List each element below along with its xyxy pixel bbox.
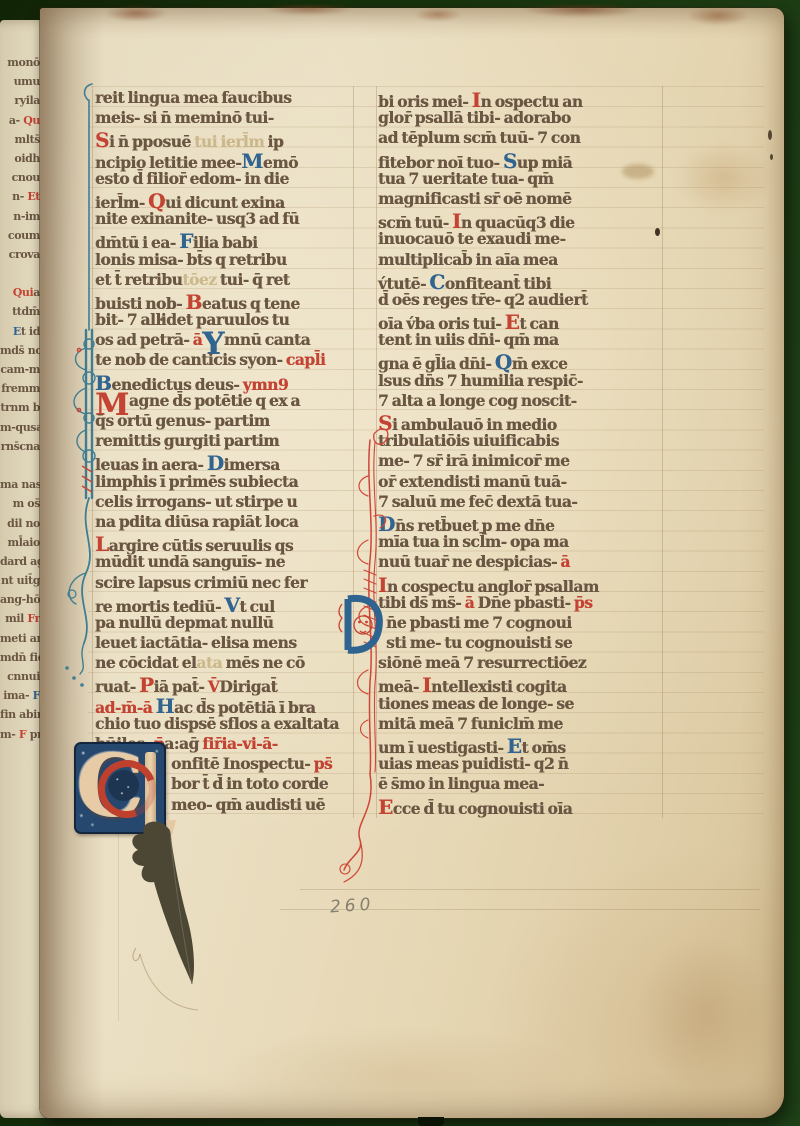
manuscript-line: re mortis tediū- Vt cul (95, 593, 357, 613)
text-segment: limphis ī primēs subiecta (95, 472, 298, 491)
manuscript-line: coum (0, 229, 40, 248)
manuscript-line: m os̄ (0, 497, 40, 516)
manuscript-line: Largire cūtis seruulis qs (95, 532, 357, 552)
text-segment: bit- 7 allidet paruulos tu (95, 310, 289, 329)
text-segment: m- (0, 728, 19, 741)
manuscript-line: umu (0, 75, 40, 94)
manuscript-line: ierl̄m- Qui dicunt exina (95, 189, 357, 209)
edge-speck-2 (770, 154, 773, 160)
manuscript-line (0, 267, 40, 286)
manuscript-line: dard ag (0, 555, 40, 574)
text-segment: ad tēplum scm̄ tuū- 7 con (378, 128, 580, 147)
text-segment: leuet iactātia- elisa mens (95, 633, 297, 652)
text-segment: lsus dn̄s 7 humilia respic̄- (378, 371, 583, 390)
manuscript-line: mds̄ no (0, 344, 40, 363)
text-segment: nt uit̄g (1, 574, 40, 587)
text-segment: fin abin (0, 708, 40, 721)
text-segment: mēs ne cō (222, 653, 305, 672)
text-segment: Et (27, 190, 40, 203)
manuscript-line: cam-m (0, 363, 40, 382)
text-segment: magnificasti sr̄ oē nomē (378, 189, 571, 208)
text-segment: cnou (12, 171, 40, 184)
manuscript-line: remittis gurgiti partim (95, 431, 357, 451)
manuscript-line: cnou (0, 171, 40, 190)
manuscript-line: lsus dn̄s 7 humilia respic̄- (378, 371, 674, 391)
manuscript-line: scire lapsus crimiū nec fer (95, 573, 357, 593)
manuscript-line: Quia (0, 286, 40, 305)
text-segment: tōez (182, 270, 216, 289)
text-segment: meti an (0, 632, 40, 645)
manuscript-line: Magne d̄s potētie q ex a (95, 391, 357, 411)
manuscript-line: nite exinanite- usq3 ad fū (95, 209, 357, 229)
manuscript-line (0, 459, 40, 478)
manuscript-line: mdn̄ fiet (0, 651, 40, 670)
manuscript-line: or̄ extendisti manū tuā- (378, 472, 674, 492)
text-segment: a:aḡ (164, 734, 202, 753)
text-segment: Qu (23, 114, 40, 127)
manuscript-line: te nob de canticis syon- capl̄i (95, 350, 357, 370)
text-segment: F (33, 689, 40, 702)
text-segment: glor̄ psallā tibi- adorabo (378, 108, 571, 127)
manuscript-line: nt uit̄g (0, 574, 40, 593)
bottom-stain (220, 1028, 580, 1118)
text-segment: te nob de canticis syon- (95, 350, 286, 369)
manuscript-line: Et id (0, 325, 40, 344)
manuscript-line: ē s̄mo in lingua mea- (378, 774, 674, 794)
text-segment: dard ag (0, 555, 40, 568)
text-segment: dil no (7, 517, 40, 530)
manuscript-line: limphis ī primēs subiecta (95, 472, 357, 492)
text-segment: Dn̄e pbasti- (478, 593, 574, 612)
manuscript-line: fin abin (0, 708, 40, 727)
text-segment: Qui (13, 286, 34, 299)
text-segment: nite exinanite- usq3 ad fū (95, 209, 299, 228)
text-segment: pa nullū depmat nullū (95, 613, 273, 632)
manuscript-line: ttdm̄ (0, 305, 40, 324)
text-segment: onfitē Inospectu- (171, 754, 314, 773)
manuscript-line: ad-m̄-ā Hac d̄s potētiā ī bra (95, 694, 357, 714)
text-segment: remittis gurgiti partim (95, 431, 279, 450)
text-segment: E (13, 325, 21, 338)
text-segment: a- (9, 114, 23, 127)
manuscript-line: cnnui (0, 670, 40, 689)
manuscript-line: ncipio letitie mee-Memō (95, 149, 357, 169)
text-segment: t id (21, 325, 40, 338)
manuscript-line: leuas in aera- Dimersa (95, 451, 357, 471)
initial-blue-core (108, 770, 139, 801)
text-segment: mūdit undā sanguīs- ne (95, 552, 285, 571)
text-segment: pr (26, 728, 40, 741)
text-segment: cam-m (0, 363, 40, 376)
text-segment: monō (7, 56, 40, 69)
text-segment: mds̄ no (0, 344, 40, 357)
text-segment: ā (560, 552, 570, 571)
manuscript-line: et t̄ retributōez tui- q̄ ret (95, 270, 357, 290)
manuscript-line: esto d̄ filior̄ edom- in die (95, 169, 357, 189)
manuscript-line: n- Et (0, 190, 40, 209)
text-segment: esto d̄ filior̄ edom- in die (95, 169, 289, 188)
text-segment: p̄s (574, 593, 593, 612)
manuscript-line: ma nas (0, 478, 40, 497)
text-segment: n-im (13, 210, 40, 223)
manuscript-line: tribulatiōis uiuificabis (378, 431, 674, 451)
manuscript-line: magnificasti sr̄ oē nomē (378, 189, 674, 209)
text-segment: crova (9, 248, 40, 261)
manuscript-line: pa nullū depmat nullū (95, 613, 357, 633)
text-segment: tui ierl̄m (191, 132, 268, 151)
text-segment: mnū canta (224, 330, 310, 349)
manuscript-line: trnm b (0, 401, 40, 420)
manuscript-line: leuet iactātia- elisa mens (95, 633, 357, 653)
manuscript-line: a- Qu (0, 114, 40, 133)
text-segment: multiplicab̄ in aīa mea (378, 250, 558, 269)
manuscript-line: dil no (0, 517, 40, 536)
text-segment: umu (14, 75, 40, 88)
text-segment: reit lingua mea faucibus (95, 88, 291, 107)
manuscript-line: monō (0, 56, 40, 75)
lower-right-foxing (640, 938, 770, 1088)
manuscript-line: celis irrogans- ut stirpe u (95, 492, 357, 512)
manuscript-line: ryila (0, 94, 40, 113)
text-segment: meis- si n̄ meminō tui- (95, 108, 274, 127)
text-segment: ang-hō (0, 593, 40, 606)
manuscript-line: gna ē gl̄ia dn̄i- Qm̄ exce (378, 350, 674, 370)
manuscript-line: me- 7 sr̄ irā inimicor̄ me (378, 451, 674, 471)
manuscript-line: na pdita diūsa rapiāt loca (95, 512, 357, 532)
edge-speck-1 (768, 130, 772, 140)
manuscript-line: In cospectu anglor̄ psallam (378, 573, 674, 593)
binding-tab (418, 1117, 444, 1126)
manuscript-line: mil Fr (0, 612, 40, 631)
manuscript-line: 7 alta a longe cog noscit- (378, 391, 674, 411)
text-segment: chio tuo dispsē sflos a exaltata (95, 714, 339, 733)
manuscript-line: glor̄ psallā tibi- adorabo (378, 108, 674, 128)
tiny-speck (160, 318, 163, 321)
manuscript-line: um ī uestigasti- Et om̄s (378, 734, 674, 754)
text-segment: a (33, 286, 40, 299)
text-segment: fremm (1, 382, 40, 395)
pencil-folio-number: 260 (329, 894, 375, 917)
manuscript-line: sti me- tu cognouisti se (378, 633, 674, 653)
blue-d-initial: D (338, 592, 384, 660)
text-segment: celis irrogans- ut stirpe u (95, 492, 297, 511)
manuscript-page: reit lingua mea faucibusmeis- si n̄ memi… (40, 8, 784, 1118)
manuscript-line: Ecce d̄ tu cognouisti oīa (378, 795, 674, 815)
manuscript-line: Dn̄s retb̄uet p me dn̄e (378, 512, 674, 532)
manuscript-line: tiones meas de longe- se (378, 694, 674, 714)
manuscript-line: tent in uiis dn̄i- qm̄ ma (378, 330, 674, 350)
manuscript-line: os ad petrā- āYmnū canta (95, 330, 357, 350)
text-segment: cce d̄ tu cognouisti oīa (393, 799, 573, 818)
text-segment: mlts̄ (15, 133, 41, 146)
text-segment: q̄s ortū genus- partim (95, 411, 270, 430)
manuscript-line: meā- Intellexisti cogita (378, 673, 674, 693)
manuscript-line: oidh (0, 152, 40, 171)
text-segment: ā (193, 330, 203, 349)
manuscript-line: chio tuo dispsē sflos a exaltata (95, 714, 357, 734)
text-segment: oidh (14, 152, 40, 165)
text-segment: ā (465, 593, 478, 612)
manuscript-line: Benedictus deus- ymn9 (95, 371, 357, 391)
manuscript-line: ad tēplum scm̄ tuū- 7 con (378, 128, 674, 148)
manuscript-line: scm̄ tuū- In quacūq3 die (378, 209, 674, 229)
manuscript-line: v́tutē- Confiteant̄ tibi (378, 270, 674, 290)
manuscript-line: meis- si n̄ meminō tui- (95, 108, 357, 128)
small-stain (622, 164, 654, 179)
text-segment: n̄e pbasti me 7 cognoui (386, 613, 572, 632)
manuscript-line: d̄ oēs reges tr̄e- q2 audiert̄ (378, 290, 674, 310)
manuscript-line: bit- 7 allidet paruulos tu (95, 310, 357, 330)
text-segment: capl̄i (286, 350, 326, 369)
text-segment: scire lapsus crimiū nec fer (95, 573, 307, 592)
ink-speck (655, 228, 660, 236)
manuscript-line: mlts̄ (0, 133, 40, 152)
manuscript-line: Si n̄ pposuē tui ierl̄m ip (95, 128, 357, 148)
text-segment: ima- (3, 689, 32, 702)
manuscript-line: q̄s ortū genus- partim (95, 411, 357, 431)
manuscript-line: fremm (0, 382, 40, 401)
text-segment: meo- qm̄ audisti uē (171, 795, 325, 814)
text-segment: n- (12, 190, 27, 203)
text-segment: tui- q̄ ret (217, 270, 290, 289)
manuscript-line: inuocauō te exaudi me- (378, 229, 674, 249)
manuscript-line: m-qusa (0, 421, 40, 440)
text-segment: tent in uiis dn̄i- qm̄ ma (378, 330, 558, 349)
text-segment: rns̄cna (1, 440, 40, 453)
text-segment: 7 alta a longe cog noscit- (378, 391, 577, 410)
text-segment: trnm b (0, 401, 40, 414)
manuscript-line: siōnē meā 7 resurrectiōez (378, 653, 674, 673)
manuscript-line: rns̄cna (0, 440, 40, 459)
text-segment: mil (5, 612, 27, 625)
manuscript-line: crova (0, 248, 40, 267)
manuscript-line: mīa tua in scl̄m- opa ma (378, 532, 674, 552)
upper-right-stain (676, 142, 772, 214)
manuscript-photograph: { "page": { "pencil_folio_number": "260"… (0, 0, 800, 1126)
text-segment: na pdita diūsa rapiāt loca (95, 512, 298, 531)
text-segment: cnnui (7, 670, 40, 683)
text-segment: m os̄ (13, 497, 40, 510)
manuscript-line: ruat- Piā pat̄- V̄Dirigat̄ (95, 673, 357, 693)
manuscript-line: bi oris mei- In ospectu an (378, 88, 674, 108)
text-segment: d̄ oēs reges tr̄e- q2 audiert̄ (378, 290, 588, 309)
top-edge-stains (50, 5, 768, 37)
text-segment: ma nas (0, 478, 40, 491)
text-segment: ml̄aio (8, 536, 40, 549)
text-column-left: reit lingua mea faucibusmeis- si n̄ memi… (95, 88, 357, 815)
text-segment: ttdm̄ (12, 305, 40, 318)
manuscript-line: Si ambulauō in medio (378, 411, 674, 431)
manuscript-line: ml̄aio (0, 536, 40, 555)
blue-cadel-flourish (54, 78, 118, 698)
manuscript-line: 7 saluū me fec̄ dextā tua- (378, 492, 674, 512)
manuscript-line: meti an (0, 632, 40, 651)
manuscript-line: ne cōcidat elata mēs ne cō (95, 653, 357, 673)
manuscript-line: mitā meā 7 funiclm̄ me (378, 714, 674, 734)
text-segment: sti me- tu cognouisti se (386, 633, 572, 652)
facing-page-text-fragments: monōumuryilaa- Qumlts̄oidhcnoun- Etn-im… (0, 56, 40, 796)
text-segment: bor t̄ d̄ in toto corde (171, 774, 328, 793)
manuscript-line: dm̄tū i ea- Filia babi (95, 229, 357, 249)
manuscript-line: multiplicab̄ in aīa mea (378, 250, 674, 270)
text-segment: lonis misa- bt̄s q retribu (95, 250, 287, 269)
manuscript-line: n-im (0, 210, 40, 229)
text-segment: ata (196, 653, 222, 672)
text-segment: Fr (27, 612, 40, 625)
manuscript-line: oīa v́ba oris tui- Et can (378, 310, 674, 330)
text-column-right: bi oris mei- In ospectu anglor̄ psallā … (378, 88, 674, 815)
manuscript-line: uias meas puidisti- q2 n̄ (378, 754, 674, 774)
text-segment: ryila (14, 94, 40, 107)
manuscript-line: nuū tuar̄ ne despicias- ā (378, 552, 674, 572)
text-segment: fir̄ia-vi-ā- (202, 734, 277, 753)
text-segment: tua 7 ueritate tua- qm̄ (378, 169, 553, 188)
manuscript-line: reit lingua mea faucibus (95, 88, 357, 108)
manuscript-line: mūdit undā sanguīs- ne (95, 552, 357, 572)
manuscript-line: ima- F (0, 689, 40, 708)
text-segment: agne d̄s potētie q ex a (129, 391, 300, 410)
manuscript-line: lonis misa- bt̄s q retribu (95, 250, 357, 270)
text-segment: coum (8, 229, 40, 242)
text-segment: mdn̄ fiet (0, 651, 40, 664)
manuscript-line: tibi ds̄ ms̄- ā Dn̄e pbasti- p̄s (378, 593, 674, 613)
manuscript-line: buisti nob- Beatus q tene (95, 290, 357, 310)
text-segment: m-qusa (0, 421, 40, 434)
manuscript-line: ang-hō (0, 593, 40, 612)
manuscript-line: m- F pr (0, 728, 40, 747)
manuscript-line: n̄e pbasti me 7 cognoui (378, 613, 674, 633)
initial-leaf-tail (112, 820, 242, 1025)
text-segment: inuocauō te exaudi me- (378, 229, 565, 248)
